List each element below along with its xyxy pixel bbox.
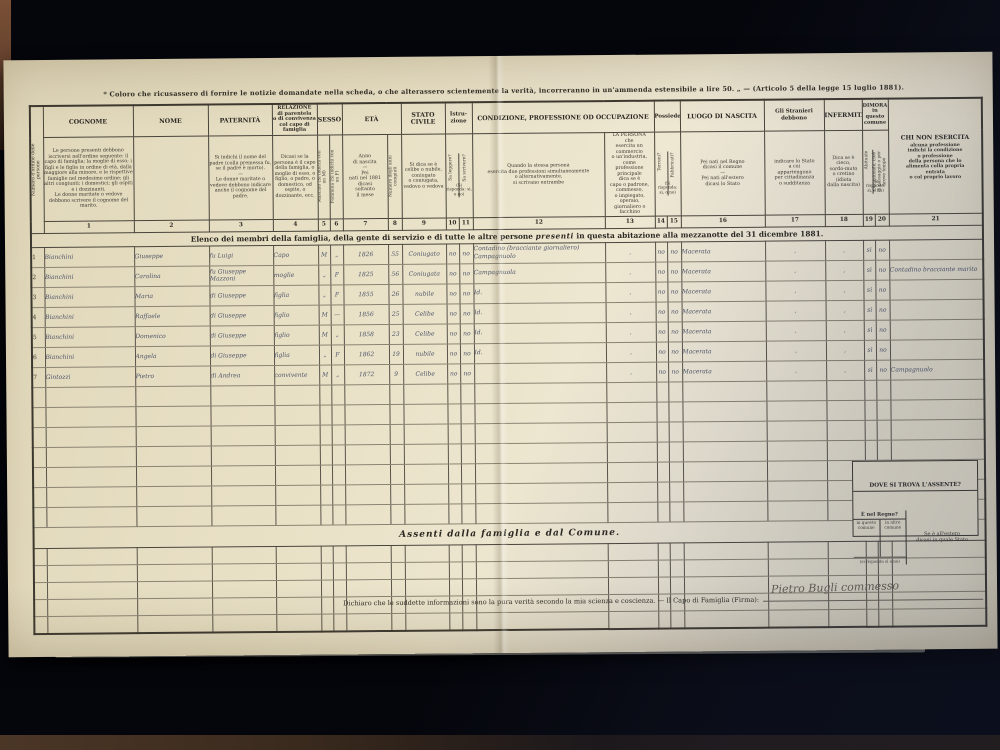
cell: [34, 548, 47, 565]
cell: [47, 547, 137, 565]
cell: [47, 598, 137, 616]
cell: [321, 579, 333, 596]
desc-stato-civile: Si dica se è celibe o nubile, coniugato …: [401, 134, 446, 218]
cell: [345, 484, 390, 504]
cell: [404, 503, 448, 523]
cell: [462, 544, 476, 561]
cell: [321, 545, 333, 562]
cell: [32, 387, 45, 407]
cell: [684, 610, 768, 628]
cell: [404, 483, 448, 503]
col-title-istruzione: Istru- zione: [445, 102, 472, 134]
cell: [876, 400, 890, 420]
cell: ,: [766, 300, 826, 321]
cell: „: [331, 324, 344, 344]
cell: Macerata: [681, 261, 765, 282]
cell: [682, 401, 766, 422]
cell: no: [667, 241, 681, 261]
fabbricati-label: Fabbricati?: [671, 153, 676, 178]
cell: Coniugata: [402, 263, 446, 283]
legal-note: * Coloro che ricusassero di fornire le n…: [64, 83, 944, 99]
cell: Bianchini: [44, 246, 134, 267]
cell: ,: [765, 280, 825, 301]
cell: [276, 546, 321, 563]
cell: sì: [864, 340, 876, 360]
cell: [656, 402, 668, 422]
cell: Celibe: [403, 323, 447, 343]
cell: [319, 384, 331, 404]
cell: [669, 501, 683, 521]
cell: [461, 483, 475, 503]
cell: [669, 481, 683, 501]
cell: [890, 319, 984, 340]
cell: [137, 598, 212, 616]
cell: [766, 380, 826, 401]
cell: 19: [389, 344, 403, 364]
col-order-number: Numero d'ordine delle persone: [30, 106, 44, 233]
cell: [404, 423, 448, 443]
cell: [320, 444, 332, 464]
cell: [212, 580, 276, 598]
cell: [475, 482, 607, 503]
cell: [890, 399, 984, 420]
cell: ,: [606, 342, 656, 362]
cell: fu Luigi: [209, 245, 273, 266]
cell: [657, 462, 669, 482]
cell: [683, 501, 767, 522]
cell: [135, 386, 210, 407]
cell: [768, 558, 828, 576]
cell: fu Giuseppe Mazzoni: [209, 265, 273, 286]
cell: „: [330, 244, 343, 264]
cell: no: [668, 361, 682, 381]
cell: [274, 385, 319, 405]
cell: [276, 563, 321, 580]
cell: [34, 565, 47, 582]
cell: 56: [388, 264, 402, 284]
col-num: 4: [273, 219, 318, 231]
cell: [333, 562, 346, 579]
cell: [47, 564, 137, 582]
cell: 25: [389, 304, 403, 324]
cell: [332, 504, 345, 524]
cell: Id.: [474, 342, 606, 363]
cell: [390, 484, 404, 504]
cell: [877, 420, 891, 440]
cell: [669, 421, 683, 441]
cell: [210, 385, 274, 406]
cell: [321, 562, 333, 579]
cell: no: [655, 282, 667, 302]
cell: [137, 615, 212, 633]
cell: [212, 546, 276, 564]
cell: [658, 543, 670, 560]
desc-anni-compiuti: Numero degli anni compiuti: [387, 134, 402, 218]
cell: [682, 381, 766, 402]
cell: [864, 380, 876, 400]
cell: 1: [31, 247, 44, 267]
cell: [211, 465, 275, 486]
cell: [211, 505, 275, 526]
cell: [474, 402, 606, 423]
cell: [767, 500, 827, 521]
cell: [136, 506, 211, 527]
col-title-infermita: INFERMITÀ: [824, 99, 862, 131]
cell: [864, 400, 876, 420]
cell: [828, 609, 866, 627]
cell: [461, 463, 475, 483]
cell: 1856: [344, 304, 389, 324]
cell: [320, 464, 332, 484]
cell: Giuseppe: [134, 246, 209, 267]
cell: 4: [32, 307, 45, 327]
cell: [45, 406, 135, 427]
cell: [608, 560, 658, 577]
cell: ,: [825, 240, 863, 260]
cell: [332, 484, 345, 504]
cell: nubile: [402, 283, 446, 303]
cell: ,: [765, 240, 825, 261]
cell: [332, 444, 345, 464]
cell: Contadino (bracciante giornaliero) Campa…: [473, 242, 605, 263]
istruzione-note: (Si risponda: sì, o no): [446, 183, 472, 197]
cell: sì: [863, 260, 875, 280]
cell: [319, 404, 331, 424]
cell: [657, 482, 669, 502]
cell: 1825: [343, 264, 388, 284]
cell: [46, 426, 136, 447]
cell: di Andrea: [210, 365, 274, 386]
cell: [866, 609, 878, 627]
cell: [877, 440, 891, 460]
cell: [766, 400, 826, 421]
cell: [32, 407, 45, 427]
cell: no: [459, 263, 473, 283]
col-num: 3: [209, 219, 273, 232]
cell: 1872: [344, 364, 389, 384]
cell: [46, 486, 136, 507]
cell: Coniugato: [402, 243, 446, 263]
cell: 26: [388, 284, 402, 304]
cell: [449, 544, 462, 561]
cell: [276, 580, 321, 597]
cell: „: [331, 364, 344, 384]
cell: [876, 380, 890, 400]
cell: M: [318, 244, 330, 264]
cell: no: [460, 343, 474, 363]
cell: 7: [32, 367, 45, 387]
desc-la-persona: LA PERSONA che esercita un commercio o u…: [604, 132, 655, 216]
cell: [33, 467, 46, 487]
cell: [275, 485, 320, 505]
cell: [331, 404, 344, 424]
cell: [865, 440, 877, 460]
col-num: 8: [388, 218, 402, 230]
dove-regno-label: È nel Regno?: [853, 510, 905, 519]
cell: Macerata: [682, 301, 766, 322]
cell: M: [319, 304, 331, 324]
cell: [33, 507, 46, 527]
col-num: 1: [44, 220, 134, 233]
cell: [865, 420, 877, 440]
cell: [606, 402, 656, 422]
cell: [390, 464, 404, 484]
cell: ,: [605, 242, 655, 262]
desc-paternita: Si indichi il nome del padre (colla prem…: [208, 135, 273, 219]
col-title-relazione: RELAZIONE di parentela o di convivenza c…: [272, 104, 317, 136]
cell: [607, 442, 657, 462]
cell: [390, 504, 404, 524]
cell: 1855: [343, 284, 388, 304]
cell: ,: [825, 260, 863, 280]
col-num: 14: [655, 216, 667, 228]
col-num: 9: [402, 217, 446, 229]
cell: [891, 439, 985, 460]
cell: [889, 279, 983, 300]
cell: [344, 404, 389, 424]
col-num: 6: [330, 218, 343, 230]
cell: [767, 420, 827, 441]
cell: 1858: [344, 324, 389, 344]
cell: [476, 560, 608, 578]
col-title-stato-civile: STATO CIVILE: [401, 102, 445, 134]
cell: [460, 403, 474, 423]
cell: no: [446, 283, 459, 303]
cell: [768, 609, 828, 627]
cell: no: [655, 262, 667, 282]
cell: [276, 597, 321, 614]
cell: [274, 405, 319, 425]
cell: [33, 487, 46, 507]
cell: ,: [605, 282, 655, 302]
cell: [404, 463, 448, 483]
dove-estero-label: Se è all'estero dicasi in quale Stato: [906, 510, 977, 565]
cell: [332, 424, 345, 444]
cell: no: [875, 240, 889, 260]
col-title-luogo-nascita: LUOGO DI NASCITA: [680, 100, 764, 132]
cell: [47, 615, 137, 633]
cell: no: [447, 323, 460, 343]
cell: no: [460, 363, 474, 383]
cell: Bianchini: [44, 286, 134, 307]
cell: figlio: [274, 305, 319, 325]
order-label: Numero d'ordine delle persone: [32, 141, 42, 199]
cell: [403, 383, 447, 403]
cell: [346, 545, 391, 562]
cell: [683, 421, 767, 442]
cell: [826, 400, 864, 420]
cell: 9: [389, 364, 403, 384]
anni-label: Numero degli anni compiuti: [389, 147, 399, 205]
col-num: 19: [863, 214, 875, 226]
cell: [448, 483, 461, 503]
cell: [668, 381, 682, 401]
sesso-f-label: Femmina (Si indichi con un F): [331, 148, 341, 206]
cell: [344, 384, 389, 404]
cell: sì: [864, 360, 876, 380]
cell: ,: [766, 360, 826, 381]
cell: [136, 426, 211, 447]
cell: [767, 480, 827, 501]
cell: Pietro: [135, 366, 210, 387]
cell: [321, 613, 333, 631]
cell: Id.: [474, 322, 606, 343]
cell: [461, 503, 475, 523]
census-table: Numero d'ordine delle persone COGNOME NO…: [29, 97, 988, 635]
cell: Macerata: [682, 321, 766, 342]
cell: [890, 379, 984, 400]
col-title-stranieri: Gli Stranieri debbono: [764, 99, 824, 131]
desc-anno-nascita: Anno di nascita — Pei nati nel 1881 dica…: [342, 134, 388, 218]
col-chi-non-esercita: CHI NON ESERCITA alcuna professione indi…: [888, 98, 983, 214]
cell: no: [447, 303, 460, 323]
desc-dimora: Abituale Occasionale, cioè di passaggio …: [862, 130, 889, 214]
cell: [345, 464, 390, 484]
cell: [391, 613, 405, 631]
cell: [47, 581, 137, 599]
cell: no: [667, 281, 681, 301]
cell: [46, 446, 136, 467]
col-num: 18: [825, 214, 863, 226]
cell: no: [668, 301, 682, 321]
cell: no: [668, 321, 682, 341]
cell: 1826: [343, 244, 388, 264]
cell: [461, 423, 475, 443]
cell: [461, 443, 475, 463]
cell: [275, 445, 320, 465]
present-persons-rows: 1BianchiniGiuseppefu LuigiCapoM„182655Co…: [31, 239, 985, 527]
cell: [657, 422, 669, 442]
cell: di Giuseppe: [210, 345, 274, 366]
cell: Carolina: [134, 266, 209, 287]
cell: [474, 382, 606, 403]
cell: [462, 561, 476, 578]
col-num: 15: [667, 215, 681, 227]
desc-relazione: Dicasi se la persona è il capo della fam…: [272, 135, 318, 219]
cell: Capo: [273, 245, 318, 265]
cell: di Giuseppe: [210, 305, 274, 326]
cell: Celibe: [403, 303, 447, 323]
cell: [607, 462, 657, 482]
sa-scrivere-label: Sa scrivere?: [463, 155, 468, 182]
cell: [668, 401, 682, 421]
cell: [34, 582, 47, 599]
cell: nubile: [403, 343, 447, 363]
cell: no: [459, 283, 473, 303]
cell: [34, 616, 47, 634]
cell: no: [656, 342, 668, 362]
cell: [211, 485, 275, 506]
col-num: 21: [889, 213, 983, 226]
cell: 3: [31, 287, 44, 307]
cell: —: [331, 304, 344, 324]
col-num: 16: [681, 215, 765, 228]
cell: [448, 443, 461, 463]
cell: [658, 611, 670, 629]
list-title-presenti: presenti: [536, 231, 574, 240]
cell: [45, 386, 135, 407]
cell: [405, 544, 449, 561]
cell: M: [319, 364, 331, 384]
cell: [476, 543, 608, 561]
cell: ,: [606, 322, 656, 342]
cell: [137, 581, 212, 599]
cell: [345, 444, 390, 464]
cell: ,: [826, 340, 864, 360]
terreni-label: Terreni?: [658, 153, 663, 172]
cell: Macerata: [681, 281, 765, 302]
sa-leggere-label: Sa leggere?: [450, 155, 455, 181]
cell: M: [319, 324, 331, 344]
col-num: 2: [134, 220, 209, 233]
col-title-condizione: CONDIZIONE, PROFESSIONE OD OCCUPAZIONE: [472, 101, 654, 134]
cell: figlia: [273, 285, 318, 305]
desc-possiede: Terreni? Fabbricati? (Si risponda: sì, o…: [654, 132, 681, 216]
cell: [346, 562, 391, 579]
cell: [389, 404, 403, 424]
cell: [447, 383, 460, 403]
cell: [607, 422, 657, 442]
census-sheet: * Coloro che ricusassero di fornire le n…: [3, 52, 997, 658]
cell: „: [318, 284, 330, 304]
cell: [827, 440, 865, 460]
cell: ,: [766, 320, 826, 341]
chi-title: CHI NON ESERCITA: [889, 134, 982, 142]
chi-desc: alcuna professione indichi la condizione…: [889, 143, 982, 182]
cell: [210, 405, 274, 426]
cell: [683, 461, 767, 482]
cell: figlio: [274, 325, 319, 345]
cell: [878, 609, 892, 627]
cell: [474, 362, 606, 383]
cell: ,: [606, 362, 656, 382]
cell: no: [876, 360, 890, 380]
cell: [46, 466, 136, 487]
cell: Macerata: [682, 361, 766, 382]
cell: [211, 445, 275, 466]
col-num: 13: [605, 216, 655, 228]
cell: [212, 614, 276, 632]
col-title-sesso: SESSO: [317, 103, 342, 135]
cell: [670, 542, 684, 559]
list-title-pre: Elenco dei membri della famiglia, della …: [191, 231, 536, 243]
cell: [346, 613, 391, 631]
cell: [669, 441, 683, 461]
cell: ,: [766, 340, 826, 361]
cell: Id.: [474, 302, 606, 323]
cell: Bianchini: [45, 306, 135, 327]
cell: 23: [389, 324, 403, 344]
cell: [46, 506, 136, 527]
cell: 55: [388, 244, 402, 264]
cell: [768, 541, 828, 559]
cell: di Giuseppe: [209, 285, 273, 306]
cell: no: [655, 242, 667, 262]
cell: ,: [605, 262, 655, 282]
cell: Campagnuola: [473, 262, 605, 283]
cell: [826, 380, 864, 400]
cell: no: [446, 243, 459, 263]
cell: [449, 561, 462, 578]
col-title-eta: ETÀ: [342, 103, 401, 135]
cell: [656, 382, 668, 402]
cell: sì: [863, 240, 875, 260]
dove-sub-altro-comune: in altro comune: [879, 519, 906, 556]
cell: [890, 299, 984, 320]
dimora-note: (Si risponda: sì, o no): [863, 179, 888, 193]
cell: [448, 463, 461, 483]
cell: [389, 384, 403, 404]
